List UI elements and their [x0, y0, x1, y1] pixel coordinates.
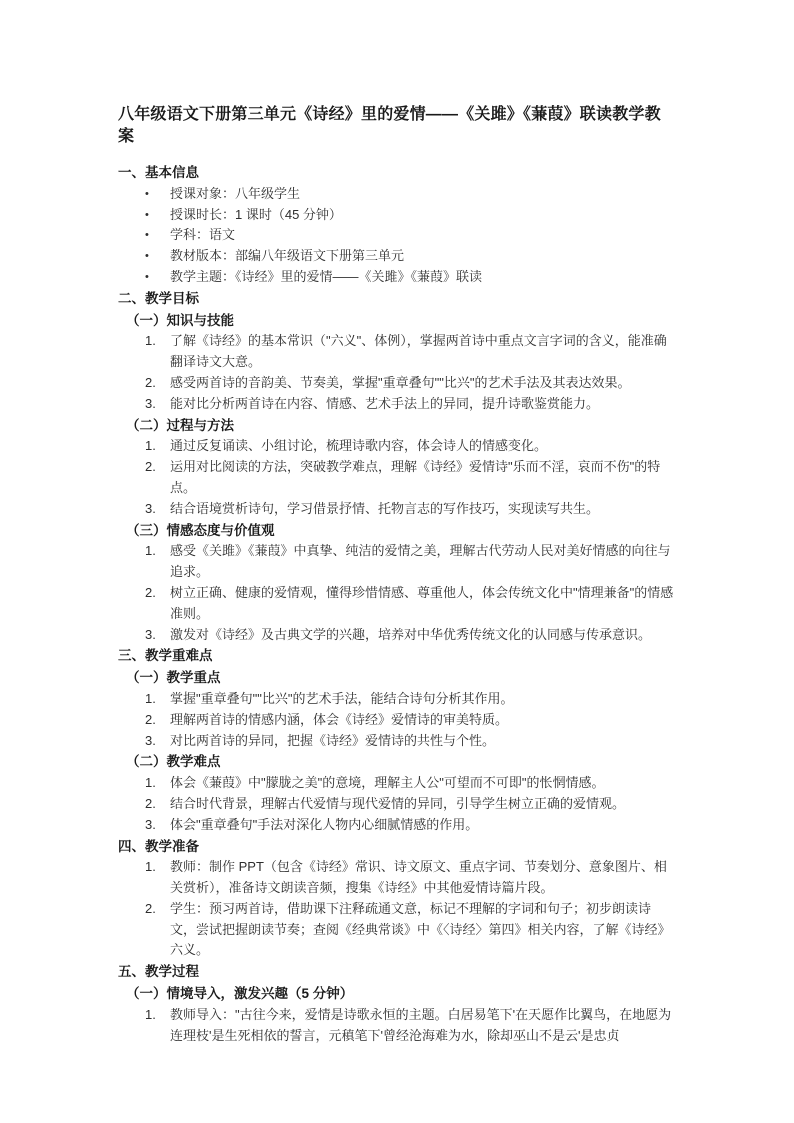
item-text: 感受两首诗的音韵美、节奏美，掌握"重章叠句""比兴"的艺术手法及其表达效果。 — [170, 373, 676, 394]
item-number: 3. — [145, 625, 170, 646]
item-text: 体会"重章叠句"手法对深化人物内心细腻情感的作用。 — [170, 815, 676, 836]
item-text: 授课时长：1 课时（45 分钟） — [170, 205, 676, 226]
item-number: 3. — [145, 499, 170, 520]
item-number: 3. — [145, 815, 170, 836]
numbered-item: 2.运用对比阅读的方法，突破教学难点，理解《诗经》爱情诗"乐而不淫，哀而不伤"的… — [118, 457, 676, 499]
bullet-item: •教材版本：部编八年级语文下册第三单元 — [118, 246, 676, 267]
numbered-item: 2.学生：预习两首诗，借助课下注释疏通文意，标记不理解的字词和句子；初步朗读诗文… — [118, 899, 676, 961]
item-number: 2. — [145, 899, 170, 920]
numbered-item: 3.体会"重章叠句"手法对深化人物内心细腻情感的作用。 — [118, 815, 676, 836]
item-text: 激发对《诗经》及古典文学的兴趣，培养对中华优秀传统文化的认同感与传承意识。 — [170, 625, 676, 646]
numbered-item: 2.理解两首诗的情感内涵，体会《诗经》爱情诗的审美特质。 — [118, 710, 676, 731]
situation-intro-list: 1.教师导入："古往今来，爱情是诗歌永恒的主题。白居易笔下'在天愿作比翼鸟，在地… — [118, 1005, 676, 1047]
numbered-item: 3.能对比分析两首诗在内容、情感、艺术手法上的异同，提升诗歌鉴赏能力。 — [118, 394, 676, 415]
key-points-list: 1.掌握"重章叠句""比兴"的艺术手法，能结合诗句分析其作用。2.理解两首诗的情… — [118, 689, 676, 751]
bullet-icon: • — [145, 246, 170, 267]
item-text: 对比两首诗的异同，把握《诗经》爱情诗的共性与个性。 — [170, 731, 676, 752]
section-heading-preparation: 四、教学准备 — [118, 837, 676, 858]
subsection-emotion-values: （三）情感态度与价值观 — [118, 521, 676, 542]
item-text: 教师：制作 PPT（包含《诗经》常识、诗文原文、重点字词、节奏划分、意象图片、相… — [170, 857, 676, 899]
section-heading-key-difficult-points: 三、教学重难点 — [118, 646, 676, 667]
numbered-item: 1.体会《蒹葭》中"朦胧之美"的意境，理解主人公"可望而不可即"的怅惘情感。 — [118, 773, 676, 794]
item-text: 结合语境赏析诗句，学习借景抒情、托物言志的写作技巧，实现读写共生。 — [170, 499, 676, 520]
item-text: 了解《诗经》的基本常识（"六义"、体例），掌握两首诗中重点文言字词的含义，能准确… — [170, 331, 676, 373]
numbered-item: 1.通过反复诵读、小组讨论，梳理诗歌内容，体会诗人的情感变化。 — [118, 436, 676, 457]
item-text: 教材版本：部编八年级语文下册第三单元 — [170, 246, 676, 267]
item-text: 感受《关雎》《蒹葭》中真挚、纯洁的爱情之美，理解古代劳动人民对美好情感的向往与追… — [170, 541, 676, 583]
numbered-item: 3.结合语境赏析诗句，学习借景抒情、托物言志的写作技巧，实现读写共生。 — [118, 499, 676, 520]
numbered-item: 1.教师：制作 PPT（包含《诗经》常识、诗文原文、重点字词、节奏划分、意象图片… — [118, 857, 676, 899]
item-text: 运用对比阅读的方法，突破教学难点，理解《诗经》爱情诗"乐而不淫，哀而不伤"的特点… — [170, 457, 676, 499]
numbered-item: 2.结合时代背景，理解古代爱情与现代爱情的异同，引导学生树立正确的爱情观。 — [118, 794, 676, 815]
item-text: 能对比分析两首诗在内容、情感、艺术手法上的异同，提升诗歌鉴赏能力。 — [170, 394, 676, 415]
emotion-values-list: 1.感受《关雎》《蒹葭》中真挚、纯洁的爱情之美，理解古代劳动人民对美好情感的向往… — [118, 541, 676, 645]
item-text: 授课对象：八年级学生 — [170, 184, 676, 205]
item-text: 学科：语文 — [170, 225, 676, 246]
numbered-item: 3.激发对《诗经》及古典文学的兴趣，培养对中华优秀传统文化的认同感与传承意识。 — [118, 625, 676, 646]
document-page: 八年级语文下册第三单元《诗经》里的爱情——《关雎》《蒹葭》联读教学教案 一、基本… — [0, 0, 794, 1123]
subsection-key-points: （一）教学重点 — [118, 668, 676, 689]
bullet-icon: • — [145, 225, 170, 246]
item-number: 1. — [145, 689, 170, 710]
item-text: 教师导入："古往今来，爱情是诗歌永恒的主题。白居易笔下'在天愿作比翼鸟，在地愿为… — [170, 1005, 676, 1047]
bullet-item: •教学主题：《诗经》里的爱情——《关雎》《蒹葭》联读 — [118, 267, 676, 288]
item-number: 1. — [145, 857, 170, 878]
bullet-item: •授课对象：八年级学生 — [118, 184, 676, 205]
document-body: 一、基本信息•授课对象：八年级学生•授课时长：1 课时（45 分钟）•学科：语文… — [118, 163, 676, 1046]
process-method-list: 1.通过反复诵读、小组讨论，梳理诗歌内容，体会诗人的情感变化。2.运用对比阅读的… — [118, 436, 676, 519]
item-text: 树立正确、健康的爱情观，懂得珍惜情感、尊重他人，体会传统文化中"情理兼备"的情感… — [170, 583, 676, 625]
numbered-item: 2.感受两首诗的音韵美、节奏美，掌握"重章叠句""比兴"的艺术手法及其表达效果。 — [118, 373, 676, 394]
item-number: 1. — [145, 541, 170, 562]
item-number: 2. — [145, 373, 170, 394]
knowledge-skills-list: 1.了解《诗经》的基本常识（"六义"、体例），掌握两首诗中重点文言字词的含义，能… — [118, 331, 676, 414]
item-text: 学生：预习两首诗，借助课下注释疏通文意，标记不理解的字词和句子；初步朗读诗文，尝… — [170, 899, 676, 961]
item-number: 1. — [145, 331, 170, 352]
section-heading-basic-info: 一、基本信息 — [118, 163, 676, 184]
item-text: 教学主题：《诗经》里的爱情——《关雎》《蒹葭》联读 — [170, 267, 676, 288]
section-heading-teaching-goals: 二、教学目标 — [118, 289, 676, 310]
document-title: 八年级语文下册第三单元《诗经》里的爱情——《关雎》《蒹葭》联读教学教案 — [118, 104, 676, 148]
item-text: 结合时代背景，理解古代爱情与现代爱情的异同，引导学生树立正确的爱情观。 — [170, 794, 676, 815]
numbered-item: 1.掌握"重章叠句""比兴"的艺术手法，能结合诗句分析其作用。 — [118, 689, 676, 710]
bullet-icon: • — [145, 184, 170, 205]
bullet-item: •学科：语文 — [118, 225, 676, 246]
subsection-knowledge-skills: （一）知识与技能 — [118, 311, 676, 332]
numbered-item: 3.对比两首诗的异同，把握《诗经》爱情诗的共性与个性。 — [118, 731, 676, 752]
item-number: 3. — [145, 394, 170, 415]
subsection-process-method: （二）过程与方法 — [118, 416, 676, 437]
basic-info-list: •授课对象：八年级学生•授课时长：1 课时（45 分钟）•学科：语文•教材版本：… — [118, 184, 676, 288]
subsection-difficult-points: （二）教学难点 — [118, 752, 676, 773]
preparation-list: 1.教师：制作 PPT（包含《诗经》常识、诗文原文、重点字词、节奏划分、意象图片… — [118, 857, 676, 961]
item-number: 2. — [145, 710, 170, 731]
numbered-item: 1.了解《诗经》的基本常识（"六义"、体例），掌握两首诗中重点文言字词的含义，能… — [118, 331, 676, 373]
item-number: 3. — [145, 731, 170, 752]
difficult-points-list: 1.体会《蒹葭》中"朦胧之美"的意境，理解主人公"可望而不可即"的怅惘情感。2.… — [118, 773, 676, 835]
item-text: 通过反复诵读、小组讨论，梳理诗歌内容，体会诗人的情感变化。 — [170, 436, 676, 457]
item-number: 2. — [145, 794, 170, 815]
item-text: 理解两首诗的情感内涵，体会《诗经》爱情诗的审美特质。 — [170, 710, 676, 731]
item-number: 1. — [145, 773, 170, 794]
item-number: 2. — [145, 583, 170, 604]
bullet-icon: • — [145, 267, 170, 288]
numbered-item: 1.教师导入："古往今来，爱情是诗歌永恒的主题。白居易笔下'在天愿作比翼鸟，在地… — [118, 1005, 676, 1047]
bullet-icon: • — [145, 205, 170, 226]
item-number: 1. — [145, 1005, 170, 1026]
numbered-item: 1.感受《关雎》《蒹葭》中真挚、纯洁的爱情之美，理解古代劳动人民对美好情感的向往… — [118, 541, 676, 583]
item-text: 体会《蒹葭》中"朦胧之美"的意境，理解主人公"可望而不可即"的怅惘情感。 — [170, 773, 676, 794]
section-heading-teaching-process: 五、教学过程 — [118, 962, 676, 983]
numbered-item: 2.树立正确、健康的爱情观，懂得珍惜情感、尊重他人，体会传统文化中"情理兼备"的… — [118, 583, 676, 625]
item-number: 2. — [145, 457, 170, 478]
item-text: 掌握"重章叠句""比兴"的艺术手法，能结合诗句分析其作用。 — [170, 689, 676, 710]
subsection-situation-intro: （一）情境导入，激发兴趣（5 分钟） — [118, 984, 676, 1005]
item-number: 1. — [145, 436, 170, 457]
bullet-item: •授课时长：1 课时（45 分钟） — [118, 205, 676, 226]
